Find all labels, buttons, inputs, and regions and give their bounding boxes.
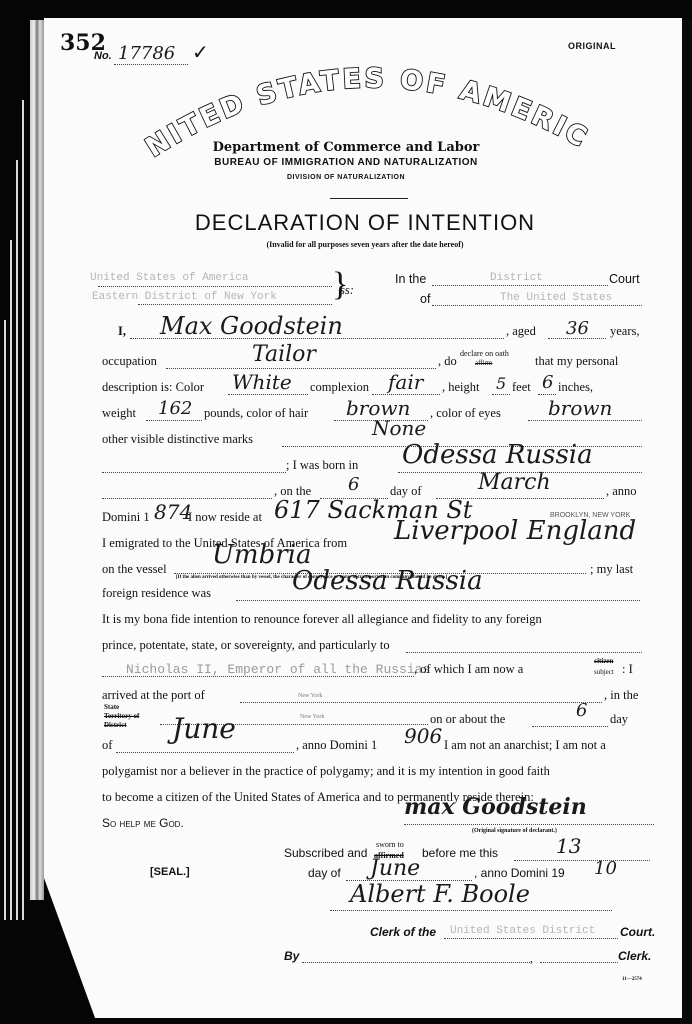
weight-label: weight [102,406,136,421]
day-label: day [610,712,628,727]
declarant-name: Max Goodstein [160,312,343,340]
height-feet: 5 [496,374,506,393]
anno-domini-label: , anno Domini 1 [296,738,377,753]
last-label: ; my last [590,562,633,577]
arrival-year: 906 [404,724,442,748]
declare-label: declare on oath [460,349,509,358]
clerk-court: United States District [450,925,595,937]
subscribed-label: Subscribed and [284,846,367,860]
invalid-note: (Invalid for all purposes seven years af… [0,240,692,249]
i-colon-label: : I [622,662,633,677]
birth-month: March [478,470,551,495]
declarant-signature: max Goodstein [404,794,587,820]
in-the-label: In the [395,272,426,286]
birth-day: 6 [348,474,359,495]
domini-label: Domini 1 [102,510,150,525]
bureau-heading: BUREAU OF IMMIGRATION AND NATURALIZATION [0,157,692,168]
pounds-label: pounds, color of hair [204,406,308,421]
arrival-month: June [172,712,236,745]
anarchist-label: I am not an anarchist; I am not a [444,738,606,753]
division-heading: DIVISION OF NATURALIZATION [0,174,692,181]
complexion-value: fair [388,370,423,394]
so-help-me-god: So help me God. [102,816,184,830]
eyes-value: brown [548,396,612,420]
ss-label: ss: [340,283,354,298]
court-label: Court [609,272,640,286]
seal-label: [SEAL.] [150,866,190,878]
citizen-label: citizen [594,657,613,665]
clerk-label: Clerk. [618,949,651,963]
by-label: By [284,949,299,963]
description-label: description is: Color [102,380,204,395]
court-type: District [490,272,543,284]
sovereign-value: Nicholas II, Emperor of all the Russias [126,662,430,677]
foreign-residence: Odessa Russia [292,566,483,596]
subscribed-year: 10 [594,858,617,879]
in-the-label-2: , in the [604,688,638,703]
anno-domini-19-label: , anno Domini 19 [474,866,565,880]
arrived-label: arrived at the port of [102,688,205,703]
state-label: State [104,703,119,711]
day-of-label-2: day of [308,866,341,880]
age-value: 36 [566,318,589,339]
marks-value: None [372,416,426,440]
subscribed-day: 13 [556,834,581,858]
court-of: The United States [500,292,612,304]
years-label: years, [610,324,640,339]
comma: , [530,951,533,966]
complexion-label: complexion [310,380,369,395]
occupation-label: occupation [102,354,157,369]
court-label-2: Court. [620,925,655,939]
renounce-line-1: It is my bona fide intention to renounce… [102,612,542,627]
territory-label: Territory of [104,712,139,720]
color-value: White [232,370,292,394]
weight-value: 162 [158,398,192,419]
do-label: , do [438,354,457,369]
clerk-of-label: Clerk of the [370,925,436,939]
height-inches: 6 [542,372,553,393]
aged-label: , aged [506,324,536,339]
anno-label: , anno [606,484,637,499]
renounce-line-2: prince, potentate, state, or sovereignty… [102,638,390,653]
of-label-2: of [102,738,112,753]
clerk-signature: Albert F. Boole [350,880,530,908]
occupation-value: Tailor [252,342,316,367]
divider [330,198,408,199]
department-heading: Department of Commerce and Labor [0,140,692,155]
marks-label: other visible distinctive marks [102,432,253,447]
reside-label: I now reside at [188,510,262,525]
arrival-day: 6 [576,700,587,721]
form-code: 11—2574 [622,977,642,982]
before-label: before me this [422,846,498,860]
eyes-label: , color of eyes [430,406,501,421]
form-title: DECLARATION OF INTENTION [0,210,692,236]
polygamy-line: polygamist nor a believer in the practic… [102,764,550,779]
port-value: New York [298,693,322,699]
vessel-label: on the vessel [102,562,167,577]
venue-state: United States of America [90,272,248,284]
which-label: , of which I am now a [414,662,523,677]
state-value: New York [300,714,324,720]
emigrated-from: Liverpool England [394,516,636,546]
height-label: , height [442,380,480,395]
subject-label: subject [594,668,614,676]
subscribed-month: June [370,856,420,881]
birthplace-value: Odessa Russia [402,440,593,470]
affirm-label: affirm [475,359,492,367]
born-label: ; I was born in [286,458,358,473]
personal-label: that my personal [535,354,618,369]
of-label: of [420,292,430,306]
i-label: I, [118,324,126,339]
signature-label: (Original signature of declarant.) [472,828,557,834]
venue-district: Eastern District of New York [92,291,277,303]
district-label: District [104,721,127,729]
feet-label: feet [512,380,531,395]
sworn-label: sworn to [376,840,404,849]
birth-year: 874 [154,500,192,524]
inches-label: inches, [558,380,593,395]
foreign-label: foreign residence was [102,586,211,601]
